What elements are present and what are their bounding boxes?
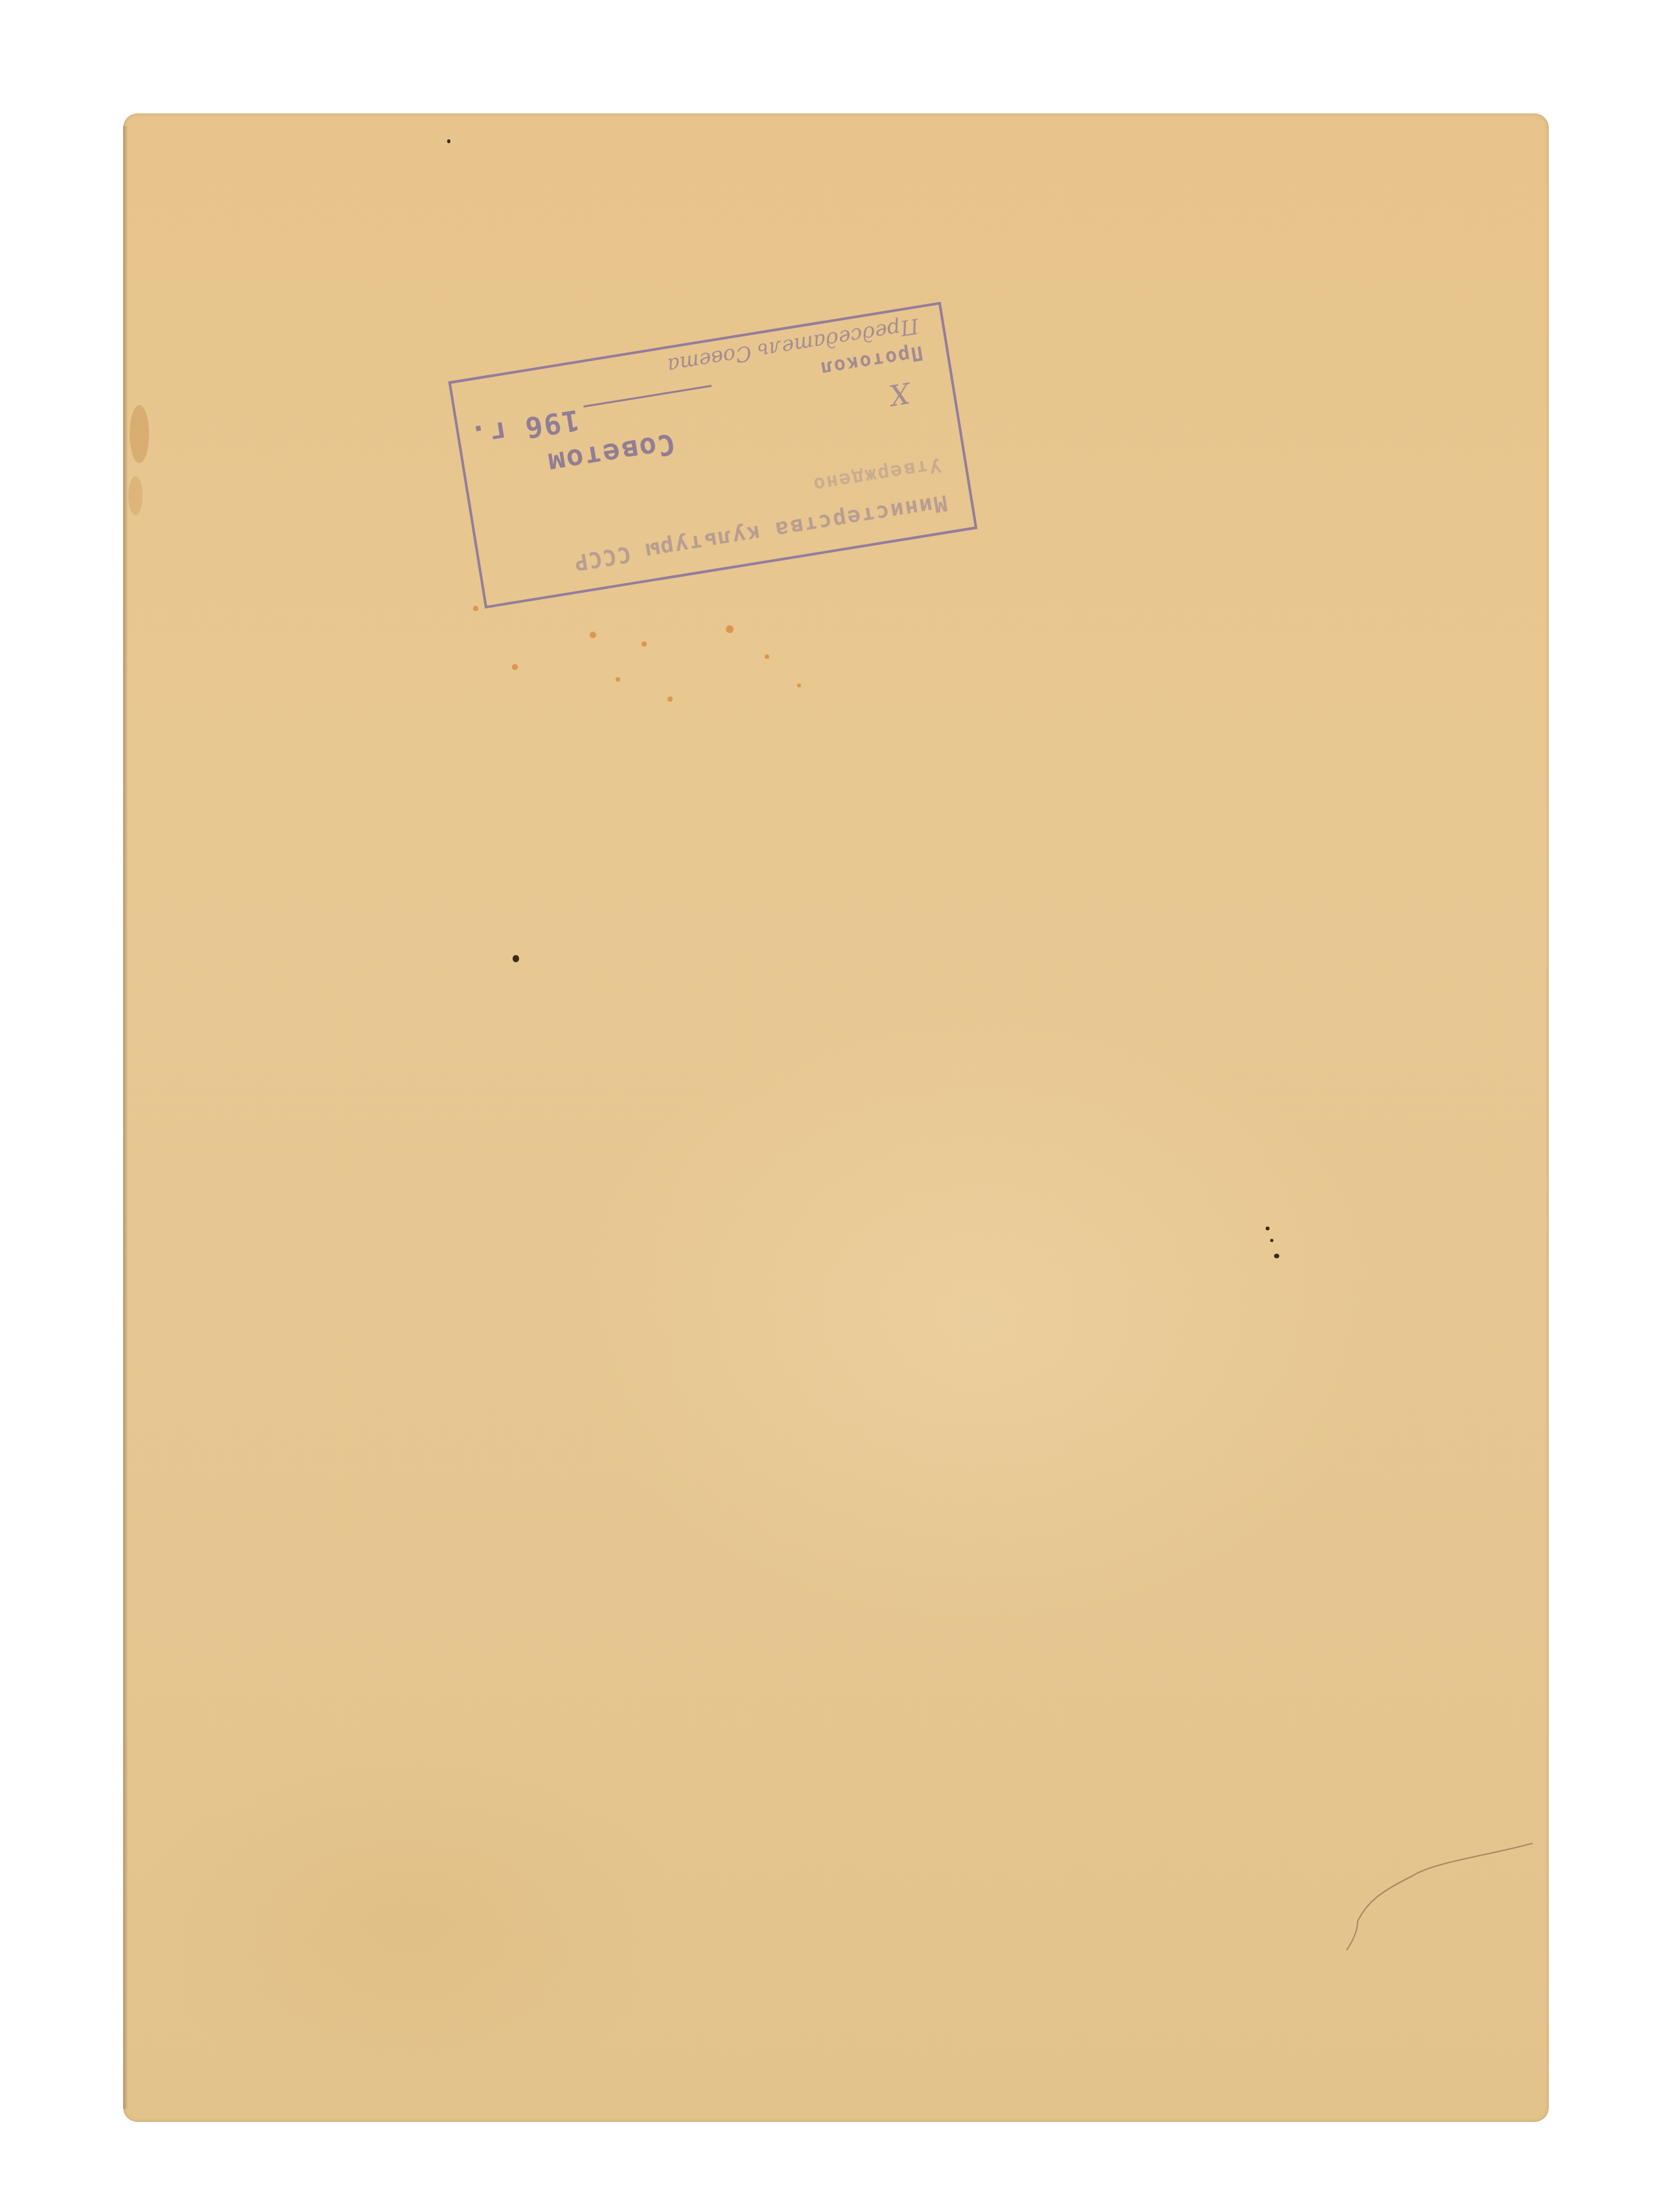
stamp-date-underline [583, 385, 712, 408]
stamp-line-approved: Утверждено [811, 453, 943, 496]
stamp-mark-x: Х [887, 376, 912, 411]
